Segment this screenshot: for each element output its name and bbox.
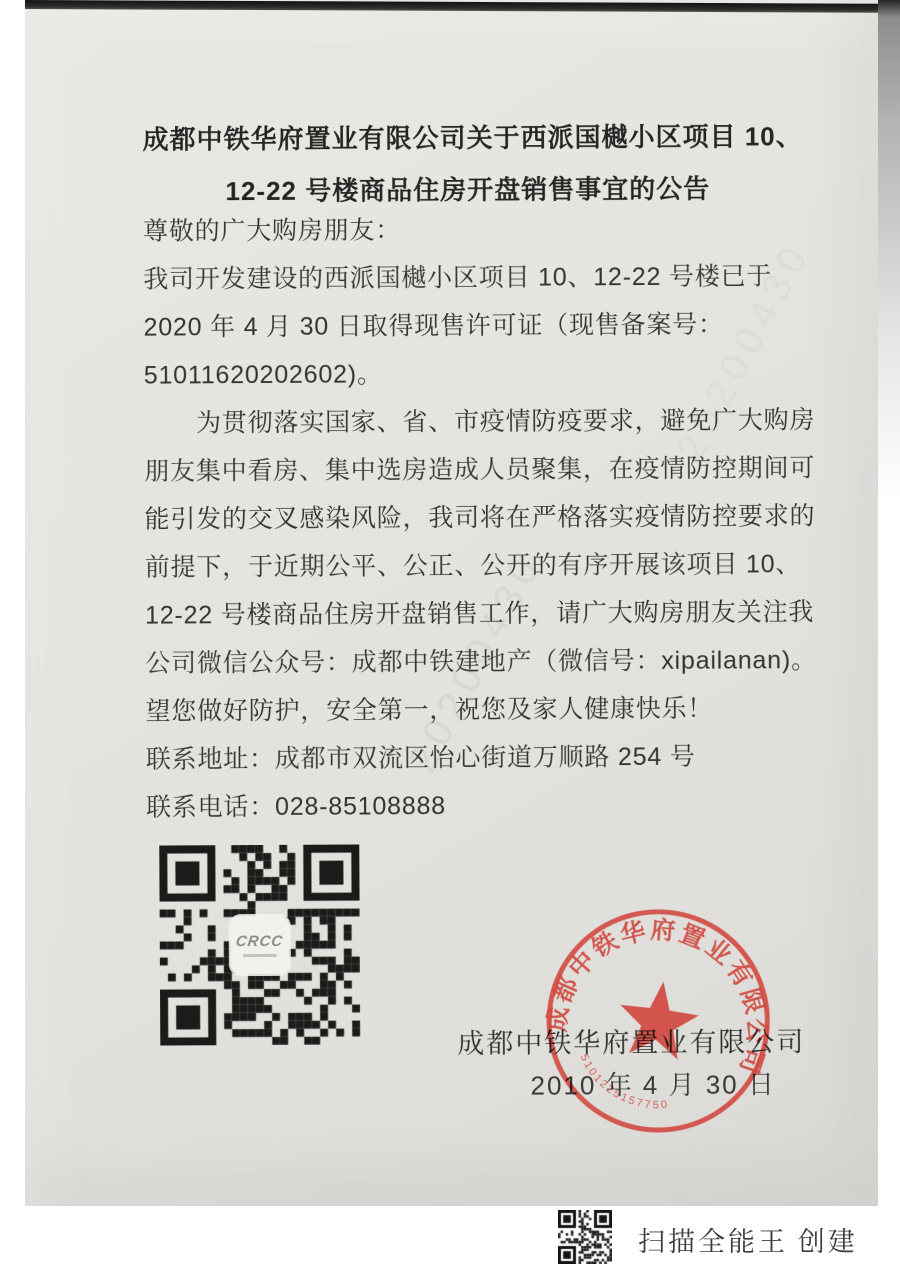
scanned-paper: 20200430 20200430 成都中铁华府置业有限公司关于西派国樾小区项目… — [25, 0, 878, 1207]
scan-background-shade — [878, 0, 900, 520]
crcc-logo-text: CRCC — [235, 933, 285, 949]
paper-content: 20200430 20200430 成都中铁华府置业有限公司关于西派国樾小区项目… — [22, 0, 881, 1208]
seal-star-icon — [614, 976, 703, 1061]
body-line: 我司开发建设的西派国樾小区项目 10、12-22 号楼已于 — [143, 252, 803, 303]
contact-phone-line: 联系电话：028-85108888 — [146, 780, 806, 831]
body-line: 为贯彻落实国家、省、市疫情防疫要求，避免广大购房 — [144, 396, 804, 447]
camscanner-label: 扫描全能王 创建 — [638, 1220, 858, 1259]
body-line: 朋友集中看房、集中选房造成人员聚集，在疫情防控期间可 — [144, 444, 804, 495]
body-line: 能引发的交叉感染风险，我司将在严格落实疫情防控要求的 — [144, 492, 804, 543]
company-seal: 成都中铁华府置业有限公司 5101225157750 — [524, 887, 792, 1155]
camscanner-qr-icon — [558, 1210, 612, 1264]
body-line: 2020 年 4 月 30 日取得现售许可证（现售备案号： — [143, 300, 803, 351]
wechat-qr-code: CRCC — [159, 844, 360, 1045]
salutation-line: 尊敬的广大购房朋友： — [143, 204, 803, 255]
crcc-logo-subtext — [243, 953, 277, 956]
camscanner-watermark: 扫描全能王 创建 — [0, 1206, 900, 1274]
scanned-document-page: { "doc": { "title_line1": "成都中铁华府置业有限公司关… — [0, 0, 900, 1274]
body-line: 公司微信公众号：成都中铁建地产（微信号：xipailanan)。 — [145, 636, 805, 687]
announcement-body: 尊敬的广大购房朋友： 我司开发建设的西派国樾小区项目 10、12-22 号楼已于… — [143, 204, 806, 831]
body-line: 望您做好防护，安全第一，祝您及家人健康快乐！ — [145, 684, 805, 735]
body-line: 12-22 号楼商品住房开盘销售工作，请广大购房朋友关注我 — [145, 588, 805, 639]
crcc-logo: CRCC — [231, 916, 289, 974]
announcement-title: 成都中铁华府置业有限公司关于西派国樾小区项目 10、 12-22 号楼商品住房开… — [142, 110, 793, 217]
contact-address-line: 联系地址：成都市双流区怡心街道万顺路 254 号 — [146, 732, 806, 783]
title-line-1: 成都中铁华府置业有限公司关于西派国樾小区项目 10、 — [142, 110, 792, 165]
body-line: 51011620202602)。 — [144, 348, 804, 399]
body-line: 前提下，于近期公平、公正、公开的有序开展该项目 10、 — [145, 540, 805, 591]
